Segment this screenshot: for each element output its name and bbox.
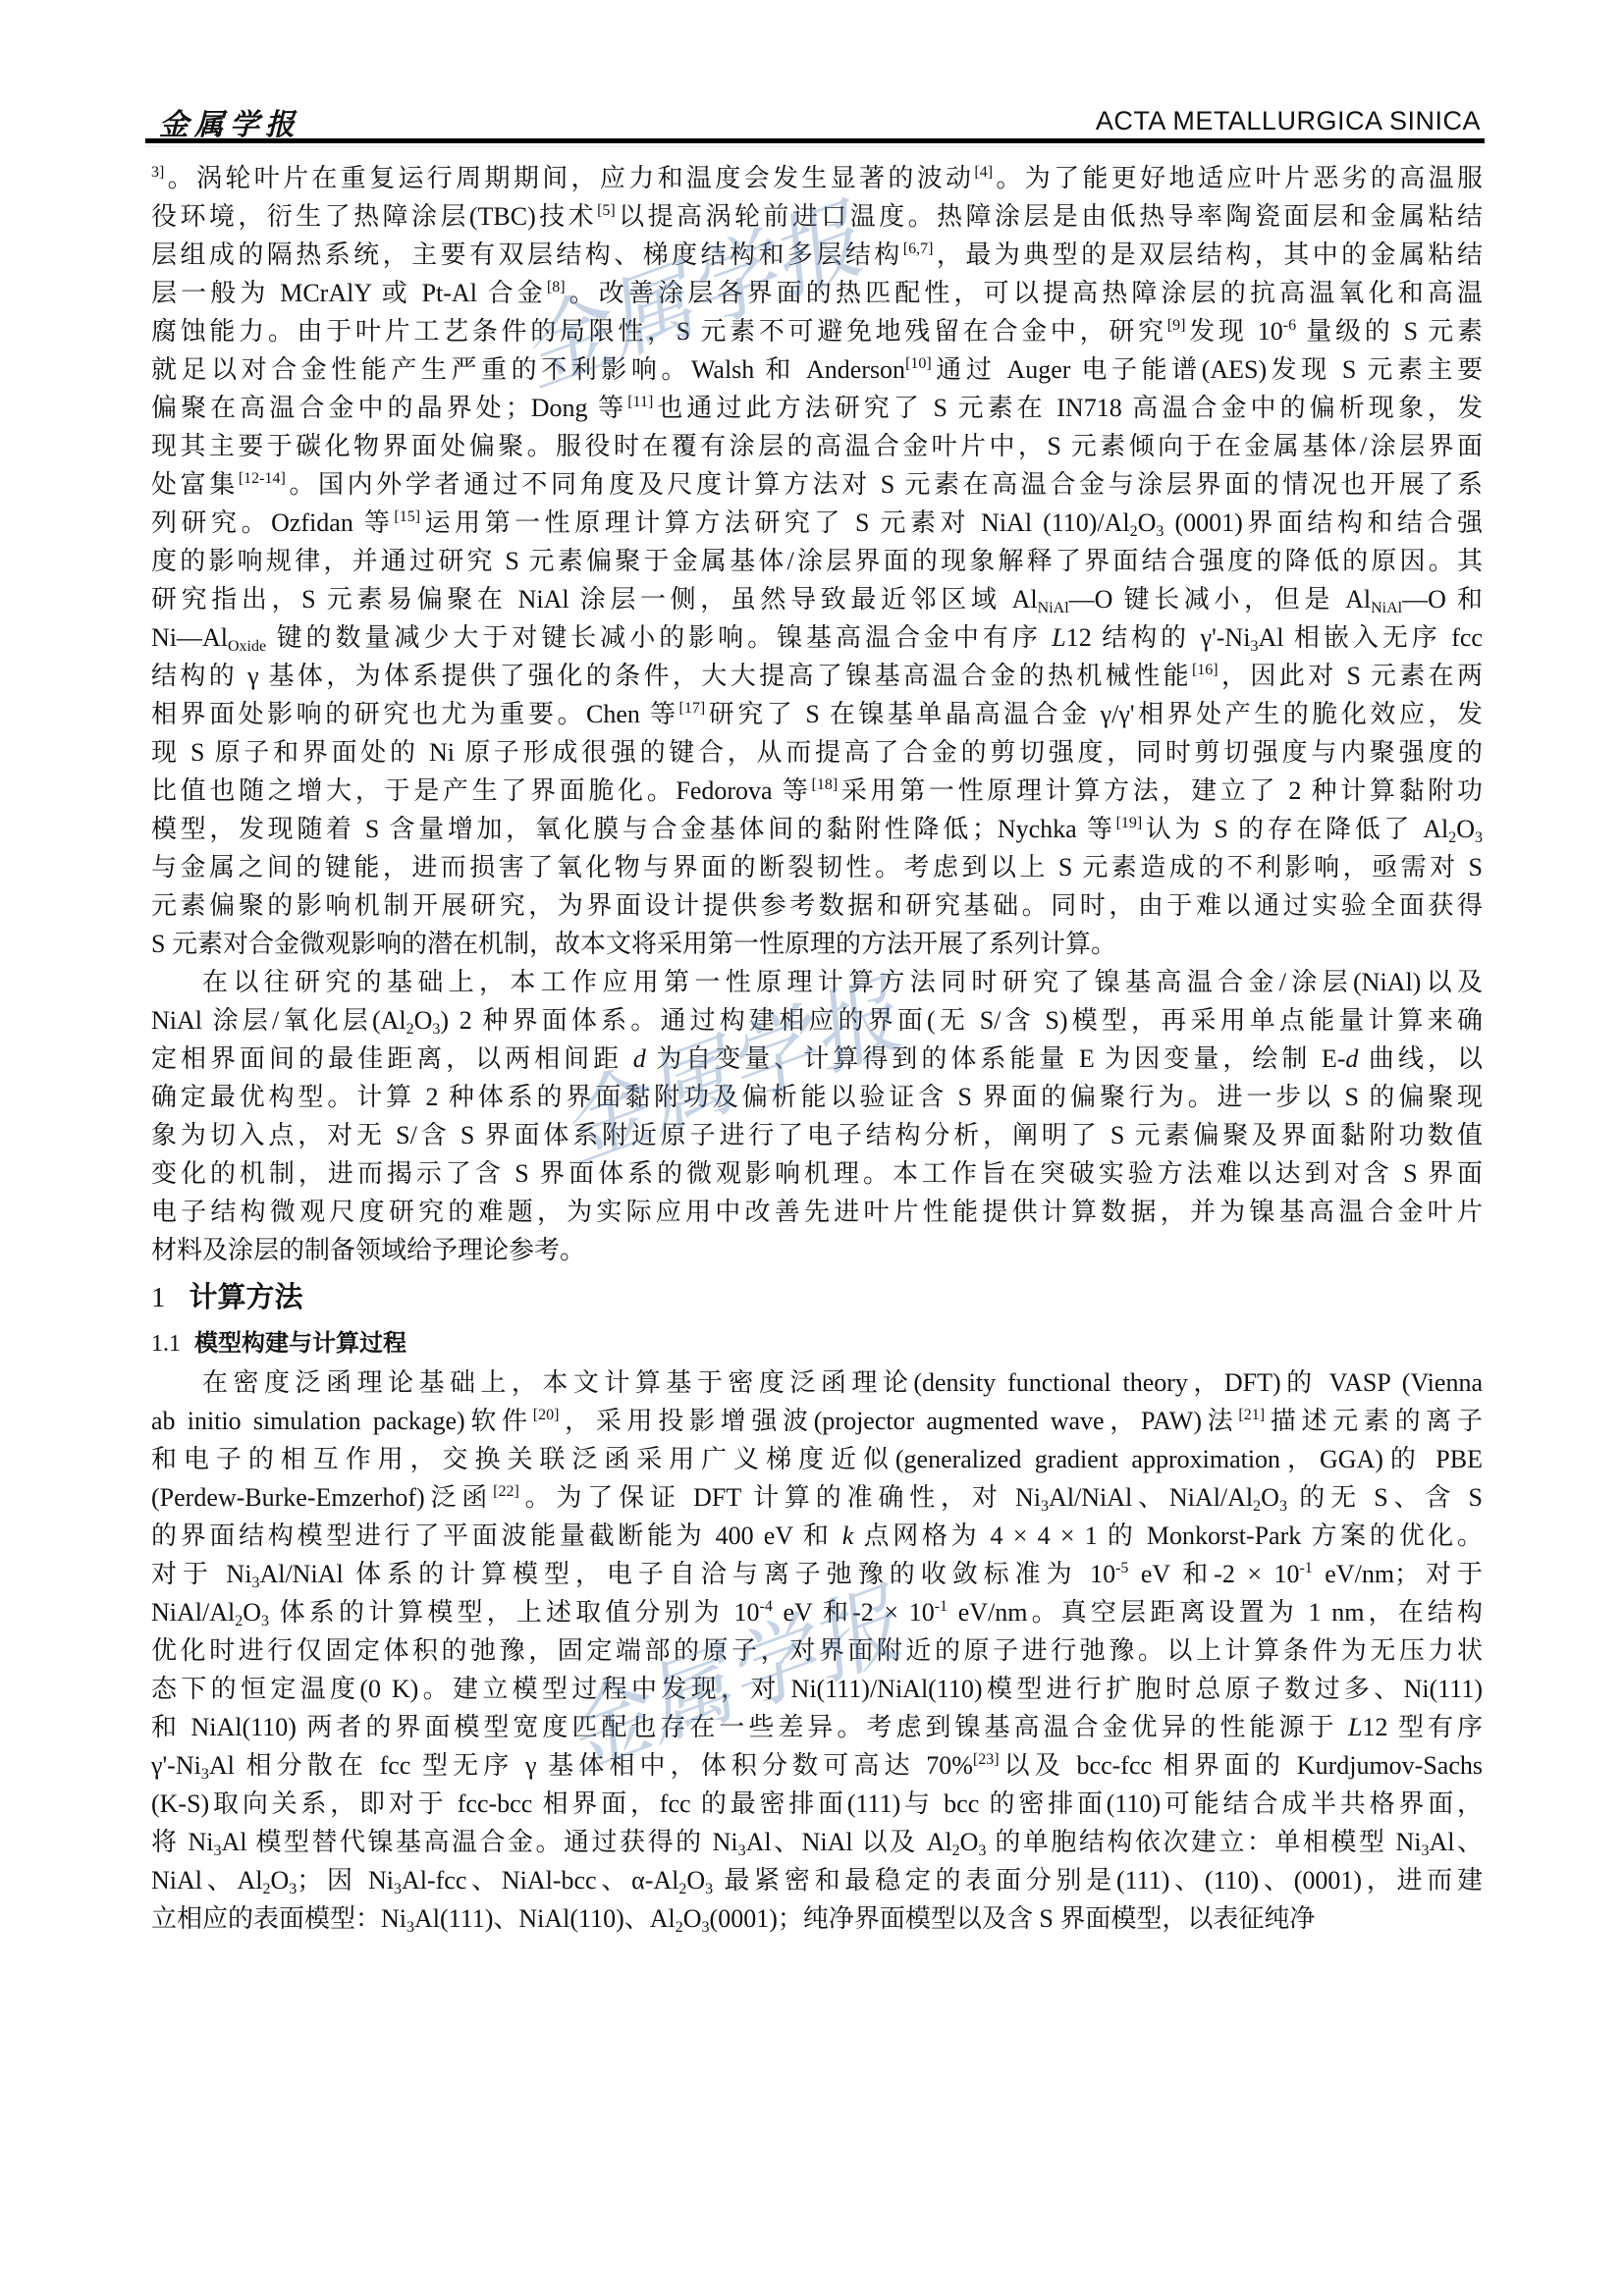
text-line: (K-S)取向关系，即对于 fcc-bcc 相界面，fcc 的最密排面(111)… [151,1785,1483,1823]
article-body: 3]。涡轮叶片在重复运行周期期间，应力和温度会发生显著的波动[4]。为了能更好地… [151,159,1483,1938]
text-line: 现其主要于碳化物界面处偏聚。服役时在覆有涂层的高温合金叶片中，S 元素倾向于在金… [151,427,1483,465]
text-line: 列研究。Ozfidan 等[15]运用第一性原理计算方法研究了 S 元素对 Ni… [151,504,1483,542]
text-line: 将 Ni3Al 模型替代镍基高温合金。通过获得的 Ni3Al、NiAl 以及 A… [151,1823,1483,1861]
text-line: 象为切入点，对无 S/含 S 界面体系附近原子进行了电子结构分析，阐明了 S 元… [151,1116,1483,1154]
text-line: 役环境，衍生了热障涂层(TBC)技术[5]以提高涡轮前进口温度。热障涂层是由低热… [151,197,1483,236]
section-number: 1 [151,1282,166,1313]
text-line: 的界面结构模型进行了平面波能量截断能为 400 eV 和 k 点网格为 4 × … [151,1517,1483,1555]
text-line: 模型，发现随着 S 含量增加，氧化膜与合金基体间的黏附性降低；Nychka 等[… [151,810,1483,848]
text-line: γ'-Ni3Al 相分散在 fcc 型无序 γ 基体相中，体积分数可高达 70%… [151,1746,1483,1785]
text-line: (Perdew-Burke-Emzerhof)泛函[22]。为了保证 DFT 计… [151,1478,1483,1517]
page-header: 金属学报 ACTA METALLURGICA SINICA [149,98,1483,143]
text-line: 态下的恒定温度(0 K)。建立模型过程中发现，对 Ni(111)/NiAl(11… [151,1670,1483,1708]
text-line: 优化时进行仅固定体积的弛豫，固定端部的原子，对界面附近的原子进行弛豫。以上计算条… [151,1631,1483,1670]
text-line: 3]。涡轮叶片在重复运行周期期间，应力和温度会发生显著的波动[4]。为了能更好地… [151,159,1483,197]
text-line: 腐蚀能力。由于叶片工艺条件的局限性，S 元素不可避免地残留在合金中，研究[9]发… [151,312,1483,350]
text-line: 元素偏聚的影响机制开展研究，为界面设计提供参考数据和研究基础。同时，由于难以通过… [151,886,1483,925]
text-line: 研究指出，S 元素易偏聚在 NiAl 涂层一侧，虽然导致最近邻区域 AlNiAl… [151,580,1483,618]
text-line: 对于 Ni3Al/NiAl 体系的计算模型，电子自洽与离子弛豫的收敛标准为 10… [151,1555,1483,1593]
text-line: 就足以对合金性能产生严重的不利影响。Walsh 和 Anderson[10]通过… [151,350,1483,389]
text-line: 度的影响规律，并通过研究 S 元素偏聚于金属基体/涂层界面的现象解释了界面结合强… [151,542,1483,580]
text-line: Ni—AlOxide 键的数量减少大于对键长减小的影响。镍基高温合金中有序 L1… [151,618,1483,657]
paragraph-methods: 在密度泛函理论基础上，本文计算基于密度泛函理论(density function… [151,1363,1483,1938]
text-line: 偏聚在高温合金中的晶界处；Dong 等[11]也通过此方法研究了 S 元素在 I… [151,389,1483,427]
text-line: 定相界面间的最佳距离，以两相间距 d 为自变量、计算得到的体系能量 E 为因变量… [151,1040,1483,1078]
subsection-title: 模型构建与计算过程 [194,1329,406,1357]
subsection-heading-1-1: 1.1模型构建与计算过程 [151,1320,1483,1363]
text-line: 和电子的相互作用，交换关联泛函采用广义梯度近似(generalized grad… [151,1440,1483,1478]
paragraph-this-work: 在以往研究的基础上，本工作应用第一性原理计算方法同时研究了镍基高温合金/涂层(N… [151,963,1483,1269]
text-line: 在密度泛函理论基础上，本文计算基于密度泛函理论(density function… [151,1363,1483,1402]
text-line: 材料及涂层的制备领域给予理论参考。 [151,1231,1483,1269]
text-line: 结构的 γ 基体，为体系提供了强化的条件，大大提高了镍基高温合金的热机械性能[1… [151,657,1483,695]
text-line: 相界面处影响的研究也尤为重要。Chen 等[17]研究了 S 在镍基单晶高温合金… [151,695,1483,733]
text-line: NiAl 涂层/氧化层(Al2O3) 2 种界面体系。通过构建相应的界面(无 S… [151,1001,1483,1040]
text-line: 现 S 原子和界面处的 Ni 原子形成很强的键合，从而提高了合金的剪切强度，同时… [151,733,1483,772]
text-line: 层一般为 MCrAlY 或 Pt-Al 合金[8]。改善涂层各界面的热匹配性，可… [151,274,1483,312]
text-line: 在以往研究的基础上，本工作应用第一性原理计算方法同时研究了镍基高温合金/涂层(N… [151,963,1483,1001]
text-line: ab initio simulation package)软件[20]，采用投影… [151,1402,1483,1440]
journal-name: ACTA METALLURGICA SINICA [1096,106,1481,136]
text-line: 处富集[12-14]。国内外学者通过不同角度及尺度计算方法对 S 元素在高温合金… [151,465,1483,504]
section-heading-1: 1计算方法 [151,1269,1483,1320]
text-line: 与金属之间的键能，进而损害了氧化物与界面的断裂韧性。考虑到以上 S 元素造成的不… [151,848,1483,886]
text-line: 比值也随之增大，于是产生了界面脆化。Fedorova 等[18]采用第一性原理计… [151,772,1483,810]
text-line: 变化的机制，进而揭示了含 S 界面体系的微观影响机理。本工作旨在突破实验方法难以… [151,1154,1483,1193]
header-rule [145,138,1485,143]
text-line: 确定最优构型。计算 2 种体系的界面黏附功及偏析能以验证含 S 界面的偏聚行为。… [151,1078,1483,1116]
journal-logo: 金属学报 [159,100,300,143]
text-line: 电子结构微观尺度研究的难题，为实际应用中改善先进叶片性能提供计算数据，并为镍基高… [151,1193,1483,1231]
paragraph-introduction-continued: 3]。涡轮叶片在重复运行周期期间，应力和温度会发生显著的波动[4]。为了能更好地… [151,159,1483,963]
section-title: 计算方法 [189,1280,303,1313]
text-line: NiAl/Al2O3 体系的计算模型，上述取值分别为 10-4 eV 和-2 ×… [151,1593,1483,1631]
header-rule-thin [145,146,1485,147]
text-line: S 元素对合金微观影响的潜在机制，故本文将采用第一性原理的方法开展了系列计算。 [151,925,1483,963]
subsection-number: 1.1 [151,1331,181,1357]
text-line: 和 NiAl(110) 两者的界面模型宽度匹配也存在一些差异。考虑到镍基高温合金… [151,1708,1483,1746]
text-line: NiAl、Al2O3；因 Ni3Al-fcc、NiAl-bcc、α-Al2O3 … [151,1861,1483,1899]
text-line: 层组成的隔热系统，主要有双层结构、梯度结构和多层结构[6,7]，最为典型的是双层… [151,236,1483,274]
text-line: 立相应的表面模型：Ni3Al(111)、NiAl(110)、Al2O3(0001… [151,1899,1483,1938]
